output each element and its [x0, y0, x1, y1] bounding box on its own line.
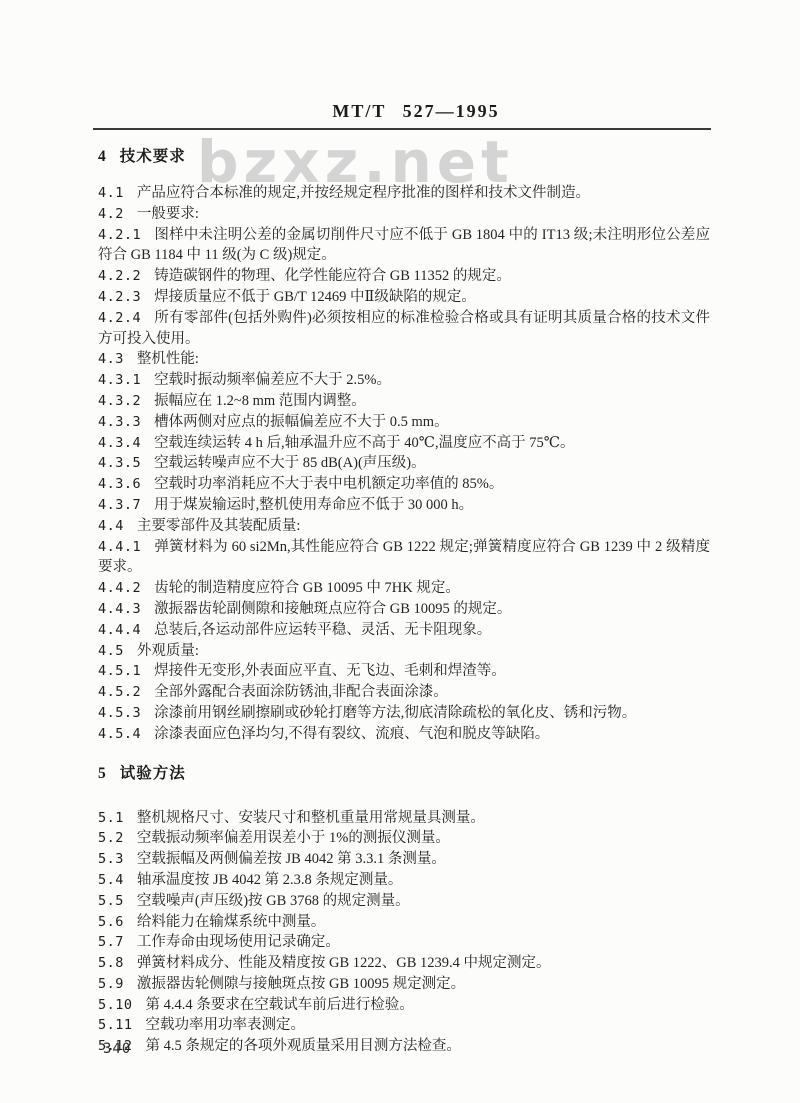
clause-5-2: 5.2空载振动频率偏差用误差小于 1%的测振仪测量。 [98, 828, 710, 849]
clause-number: 5.11 [98, 1015, 133, 1036]
clause-text: 齿轮的制造精度应符合 GB 10095 中 7HK 规定。 [154, 580, 460, 596]
clause-number: 5.7 [98, 932, 124, 953]
clause-number: 4.3.6 [98, 474, 141, 495]
clause-number: 4.4.2 [98, 578, 141, 599]
clause-4-5-3: 4.5.3涂漆前用钢丝刷擦刷或砂轮打磨等方法,彻底清除疏松的氧化皮、锈和污物。 [98, 703, 710, 724]
clause-text: 第 4.5 条规定的各项外观质量采用目测方法检查。 [146, 1038, 461, 1054]
clause-number: 4.4 [98, 516, 124, 537]
clause-4-3-2: 4.3.2振幅应在 1.2~8 mm 范围内调整。 [98, 391, 710, 412]
clause-number: 5.1 [98, 808, 124, 829]
clause-4-3-3: 4.3.3槽体两侧对应点的振幅偏差应不大于 0.5 mm。 [98, 412, 710, 433]
clause-4-4: 4.4主要零部件及其装配质量: [98, 516, 710, 537]
clause-text: 轴承温度按 JB 4042 第 2.3.8 条规定测量。 [137, 872, 402, 888]
clause-number: 4.3.5 [98, 453, 141, 474]
clause-text: 整机性能: [137, 351, 199, 367]
clause-text: 图样中未注明公差的金属切削件尺寸应不低于 GB 1804 中的 IT13 级;未… [98, 227, 710, 264]
clause-5-6: 5.6给料能力在输煤系统中测量。 [98, 912, 710, 933]
clause-text: 外观质量: [137, 643, 199, 659]
clause-text: 焊接质量应不低于 GB/T 12469 中Ⅱ级缺陷的规定。 [154, 289, 476, 305]
clause-4-5-2: 4.5.2全部外露配合表面涂防锈油,非配合表面涂漆。 [98, 682, 710, 703]
clause-5-9: 5.9激振器齿轮侧隙与接触斑点按 GB 10095 规定测定。 [98, 974, 710, 995]
clause-number: 4.5.2 [98, 682, 141, 703]
clause-number: 4.3 [98, 349, 124, 370]
clause-number: 5.2 [98, 828, 124, 849]
clause-4-4-2: 4.4.2齿轮的制造精度应符合 GB 10095 中 7HK 规定。 [98, 578, 710, 599]
clause-text: 用于煤炭输运时,整机使用寿命应不低于 30 000 h。 [154, 497, 473, 513]
clause-text: 空载噪声(声压级)按 GB 3768 的规定测量。 [137, 893, 410, 909]
clause-4-3-4: 4.3.4空载连续运转 4 h 后,轴承温升应不高于 40℃,温度应不高于 75… [98, 433, 710, 454]
clause-number: 5.6 [98, 912, 124, 933]
clause-text: 全部外露配合表面涂防锈油,非配合表面涂漆。 [154, 684, 448, 700]
clause-5-3: 5.3空载振幅及两侧偏差按 JB 4042 第 3.3.1 条测量。 [98, 849, 710, 870]
clause-text: 弹簧材料为 60 si2Mn,其性能应符合 GB 1222 规定;弹簧精度应符合… [98, 539, 710, 576]
clause-4-4-1: 4.4.1弹簧材料为 60 si2Mn,其性能应符合 GB 1222 规定;弹簧… [98, 537, 710, 579]
clause-4-3-7: 4.3.7用于煤炭输运时,整机使用寿命应不低于 30 000 h。 [98, 495, 710, 516]
section-heading-4: 4技术要求 [98, 146, 710, 167]
clause-number: 4.5.4 [98, 724, 141, 745]
clause-4-3-5: 4.3.5空载运转噪声应不大于 85 dB(A)(声压级)。 [98, 453, 710, 474]
clause-text: 第 4.4.4 条要求在空载试车前后进行检验。 [146, 997, 414, 1013]
clause-text: 弹簧材料成分、性能及精度按 GB 1222、GB 1239.4 中规定测定。 [137, 955, 551, 971]
page-number: 340 [103, 1041, 131, 1057]
section-number: 4 [98, 146, 106, 167]
clause-4-2-4: 4.2.4所有零部件(包括外购件)必须按相应的标准检验合格或具有证明其质量合格的… [98, 308, 710, 350]
section-heading-5: 5试验方法 [98, 763, 710, 784]
clause-number: 5.10 [98, 995, 133, 1016]
clause-text: 产品应符合本标准的规定,并按经规定程序批准的图样和技术文件制造。 [137, 185, 590, 201]
clause-number: 4.2.2 [98, 266, 141, 287]
clause-number: 4.2.3 [98, 287, 141, 308]
clause-number: 5.9 [98, 974, 124, 995]
clause-5-7: 5.7工作寿命由现场使用记录确定。 [98, 932, 710, 953]
clause-text: 铸造碳钢件的物理、化学性能应符合 GB 11352 的规定。 [154, 268, 511, 284]
document-body: 4技术要求 4.1产品应符合本标准的规定,并按经规定程序批准的图样和技术文件制造… [98, 146, 710, 1057]
clause-4-2-3: 4.2.3焊接质量应不低于 GB/T 12469 中Ⅱ级缺陷的规定。 [98, 287, 710, 308]
clause-4-2-1: 4.2.1图样中未注明公差的金属切削件尺寸应不低于 GB 1804 中的 IT1… [98, 225, 710, 267]
clause-text: 空载振动频率偏差用误差小于 1%的测振仪测量。 [137, 830, 450, 846]
clause-4-5-4: 4.5.4涂漆表面应色泽均匀,不得有裂纹、流痕、气泡和脱皮等缺陷。 [98, 724, 710, 745]
clause-text: 槽体两侧对应点的振幅偏差应不大于 0.5 mm。 [154, 414, 448, 430]
clause-number: 4.4.3 [98, 599, 141, 620]
clause-text: 所有零部件(包括外购件)必须按相应的标准检验合格或具有证明其质量合格的技术文件方… [98, 310, 710, 347]
clause-5-4: 5.4轴承温度按 JB 4042 第 2.3.8 条规定测量。 [98, 870, 710, 891]
clause-number: 4.3.2 [98, 391, 141, 412]
clause-number: 4.2.1 [98, 225, 141, 246]
clause-text: 空载时振动频率偏差应不大于 2.5%。 [154, 372, 391, 388]
clause-number: 4.3.7 [98, 495, 141, 516]
clause-number: 4.5.1 [98, 661, 141, 682]
clause-text: 给料能力在输煤系统中测量。 [137, 914, 326, 930]
clause-number: 4.3.4 [98, 433, 141, 454]
clause-text: 涂漆前用钢丝刷擦刷或砂轮打磨等方法,彻底清除疏松的氧化皮、锈和污物。 [154, 705, 636, 721]
clause-4-1: 4.1产品应符合本标准的规定,并按经规定程序批准的图样和技术文件制造。 [98, 183, 710, 204]
clause-number: 4.1 [98, 183, 124, 204]
clause-text: 空载振幅及两侧偏差按 JB 4042 第 3.3.1 条测量。 [137, 851, 446, 867]
clause-text: 涂漆表面应色泽均匀,不得有裂纹、流痕、气泡和脱皮等缺陷。 [154, 726, 549, 742]
clause-text: 空载功率用功率表测定。 [146, 1017, 306, 1033]
clause-text: 总装后,各运动部件应运转平稳、灵活、无卡阻现象。 [154, 622, 491, 638]
clause-number: 5.8 [98, 953, 124, 974]
section-number: 5 [98, 763, 106, 784]
clause-4-2-2: 4.2.2铸造碳钢件的物理、化学性能应符合 GB 11352 的规定。 [98, 266, 710, 287]
clause-number: 4.5.3 [98, 703, 141, 724]
section-title: 试验方法 [120, 765, 186, 782]
clause-4-3: 4.3整机性能: [98, 349, 710, 370]
clause-5-10: 5.10第 4.4.4 条要求在空载试车前后进行检验。 [98, 995, 710, 1016]
clause-text: 工作寿命由现场使用记录确定。 [137, 934, 340, 950]
clause-4-4-3: 4.4.3激振器齿轮副侧隙和接触斑点应符合 GB 10095 的规定。 [98, 599, 710, 620]
clause-4-3-6: 4.3.6空载时功率消耗应不大于表中电机额定功率值的 85%。 [98, 474, 710, 495]
clause-text: 空载时功率消耗应不大于表中电机额定功率值的 85%。 [154, 476, 503, 492]
scanned-document-page: bzxz.net MT/T 527—1995 4技术要求 4.1产品应符合本标准… [0, 0, 800, 1103]
clause-number: 4.3.1 [98, 370, 141, 391]
clause-5-8: 5.8弹簧材料成分、性能及精度按 GB 1222、GB 1239.4 中规定测定… [98, 953, 710, 974]
clause-4-4-4: 4.4.4总装后,各运动部件应运转平稳、灵活、无卡阻现象。 [98, 620, 710, 641]
clause-text: 空载连续运转 4 h 后,轴承温升应不高于 40℃,温度应不高于 75℃。 [154, 435, 574, 451]
clause-text: 一般要求: [137, 206, 199, 222]
clause-number: 4.2 [98, 204, 124, 225]
clause-5-1: 5.1整机规格尺寸、安装尺寸和整机重量用常规量具测量。 [98, 808, 710, 829]
clause-4-2: 4.2一般要求: [98, 204, 710, 225]
section-title: 技术要求 [120, 148, 186, 165]
clause-number: 4.5 [98, 641, 124, 662]
clause-text: 激振器齿轮副侧隙和接触斑点应符合 GB 10095 的规定。 [154, 601, 511, 617]
clause-5-5: 5.5空载噪声(声压级)按 GB 3768 的规定测量。 [98, 891, 710, 912]
clause-text: 激振器齿轮侧隙与接触斑点按 GB 10095 规定测定。 [137, 976, 465, 992]
clause-text: 整机规格尺寸、安装尺寸和整机重量用常规量具测量。 [137, 810, 485, 826]
clause-4-5-1: 4.5.1焊接件无变形,外表面应平直、无飞边、毛刺和焊渣等。 [98, 661, 710, 682]
clause-number: 4.2.4 [98, 308, 141, 329]
clause-5-11: 5.11空载功率用功率表测定。 [98, 1015, 710, 1036]
clause-5-12: 5.12第 4.5 条规定的各项外观质量采用目测方法检查。 [98, 1036, 710, 1057]
clause-number: 5.3 [98, 849, 124, 870]
clause-4-3-1: 4.3.1空载时振动频率偏差应不大于 2.5%。 [98, 370, 710, 391]
standard-number-header: MT/T 527—1995 [16, 101, 800, 122]
clause-number: 4.4.4 [98, 620, 141, 641]
clause-number: 5.4 [98, 870, 124, 891]
clause-number: 4.3.3 [98, 412, 141, 433]
clause-text: 主要零部件及其装配质量: [137, 518, 301, 534]
clause-text: 振幅应在 1.2~8 mm 范围内调整。 [154, 393, 366, 409]
clause-text: 空载运转噪声应不大于 85 dB(A)(声压级)。 [154, 455, 425, 471]
clause-4-5: 4.5外观质量: [98, 641, 710, 662]
clause-number: 5.5 [98, 891, 124, 912]
clause-text: 焊接件无变形,外表面应平直、无飞边、毛刺和焊渣等。 [154, 663, 506, 679]
clause-number: 4.4.1 [98, 537, 141, 558]
